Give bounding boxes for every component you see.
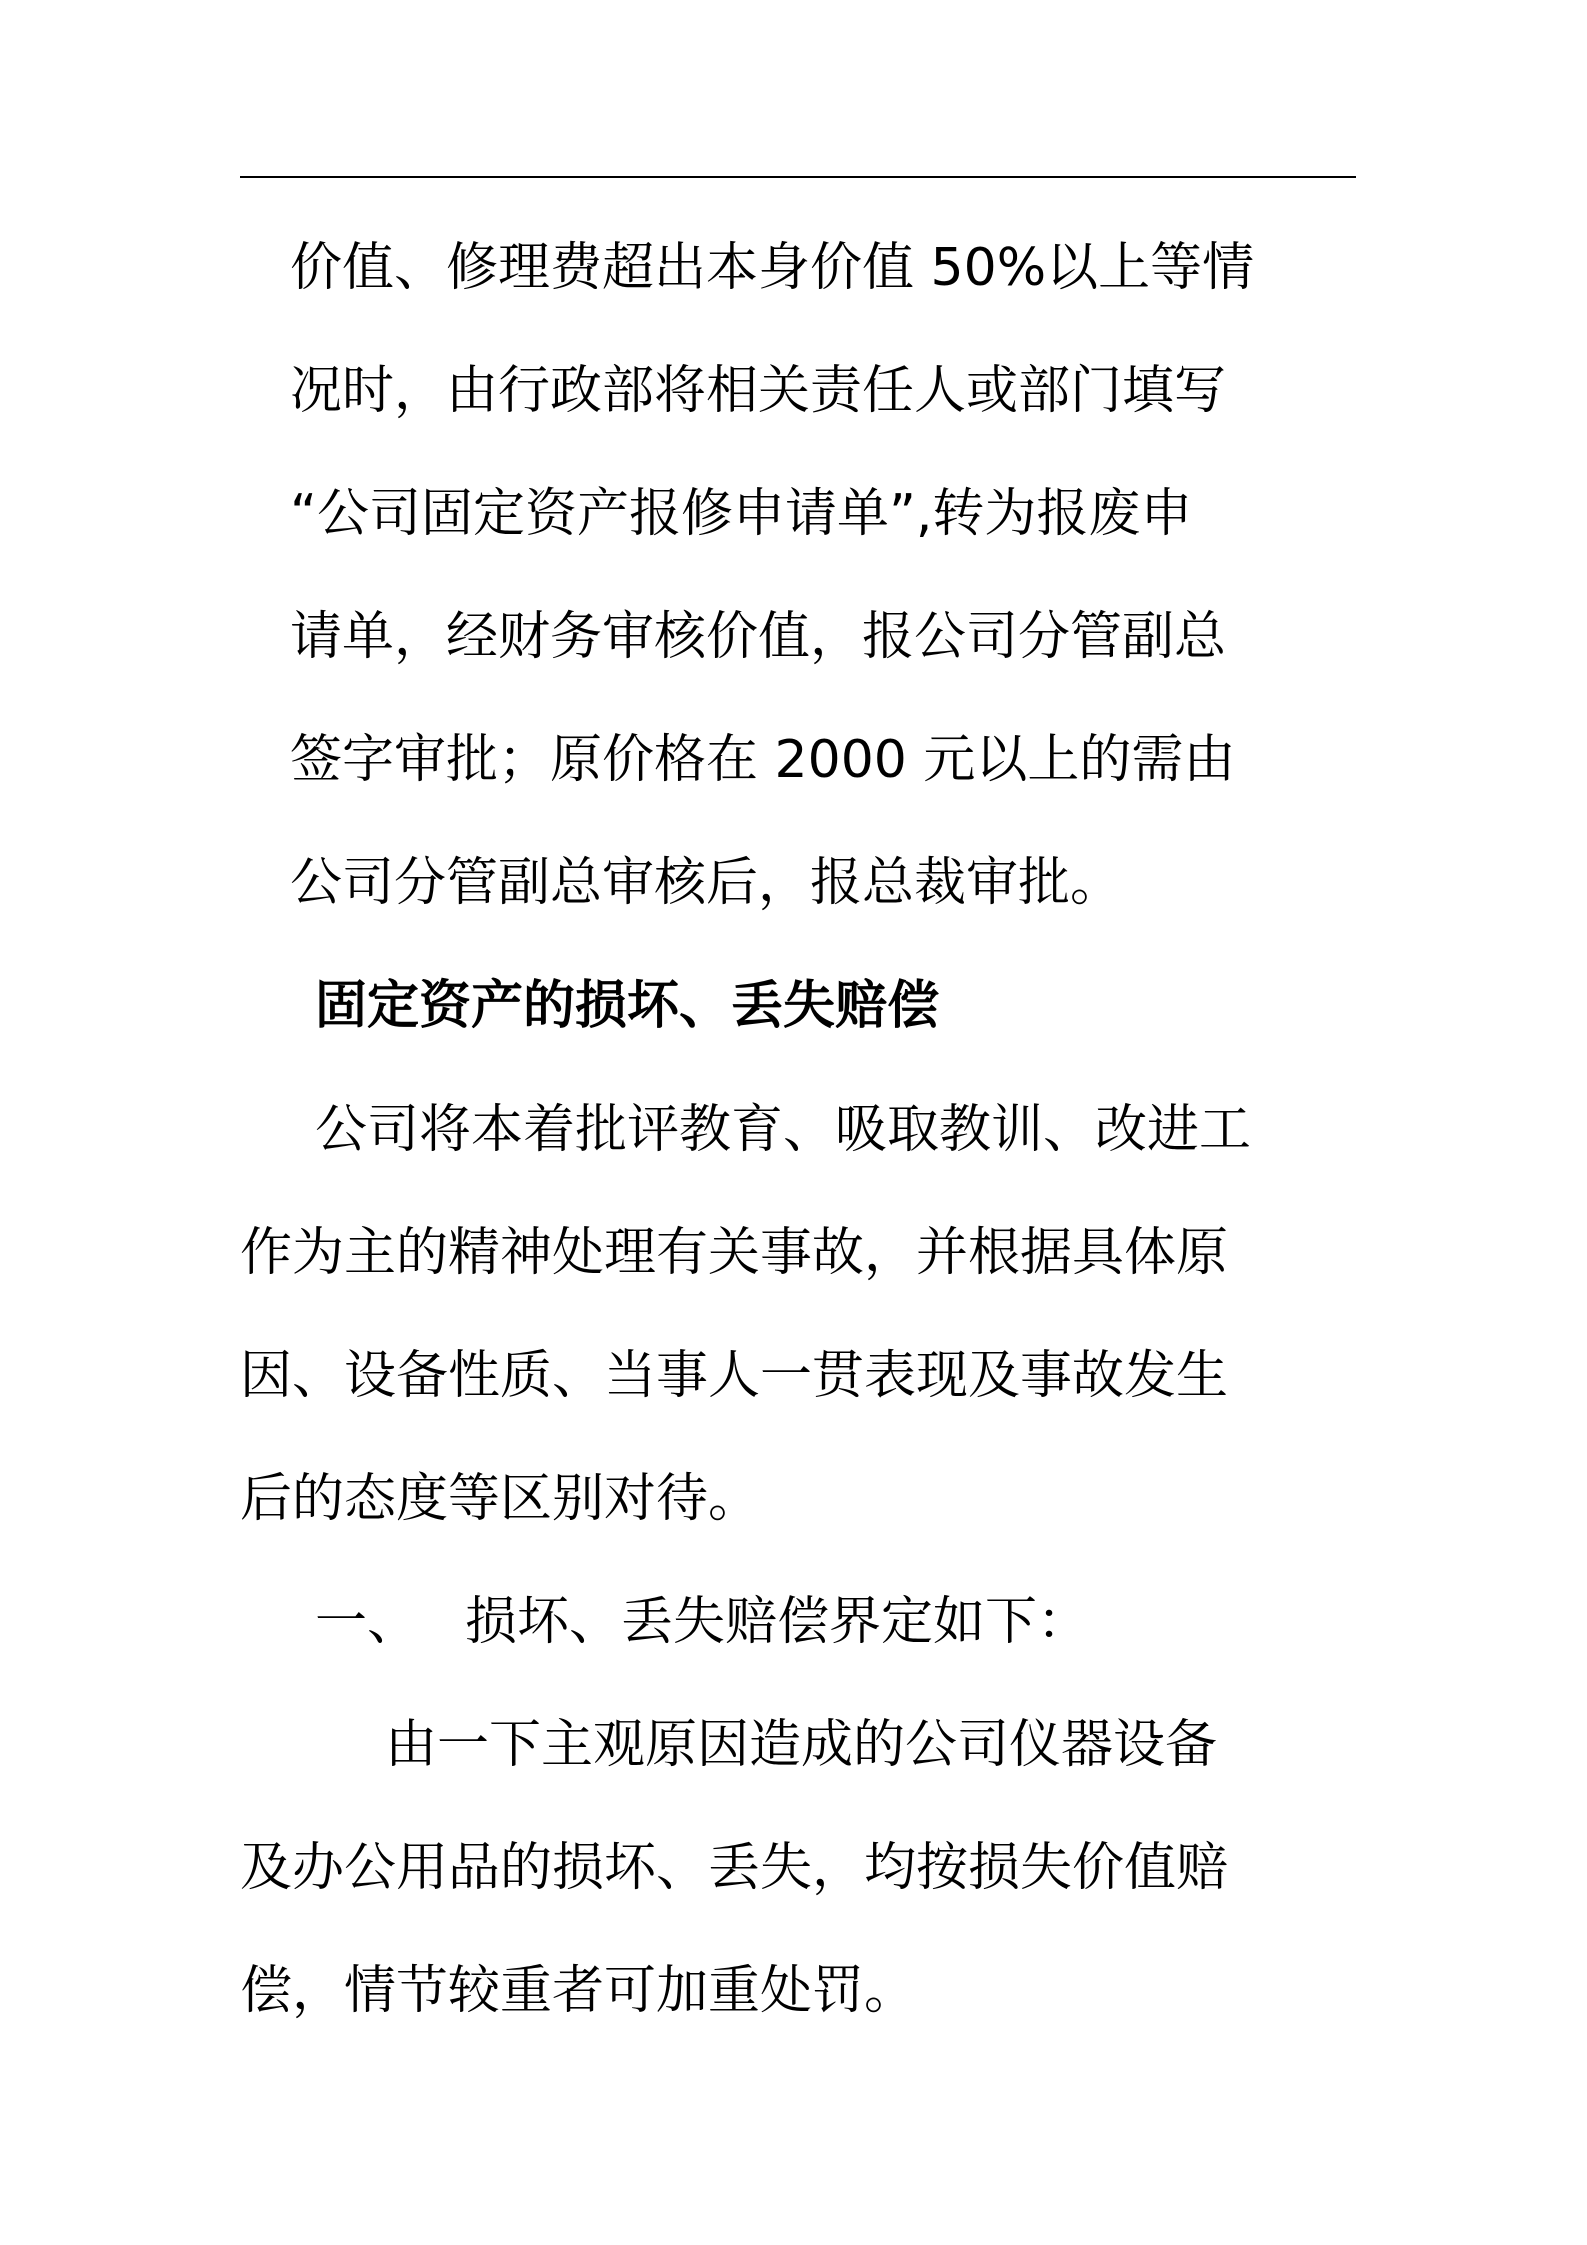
text-line: 价值、修理费超出本身价值 50%以上等情 bbox=[290, 236, 1254, 300]
text-line: 签字审批；原价格在 2000 元以上的需由 bbox=[290, 728, 1235, 792]
text-line: 因、设备性质、当事人一贯表现及事故发生 bbox=[240, 1344, 1228, 1408]
list-marker: 一、 bbox=[315, 1590, 419, 1654]
header-rule bbox=[240, 176, 1356, 178]
text-line: 况时，由行政部将相关责任人或部门填写 bbox=[290, 359, 1226, 423]
text-line: 作为主的精神处理有关事故，并根据具体原 bbox=[240, 1221, 1228, 1285]
section-heading: 固定资产的损坏、丢失赔偿 bbox=[315, 974, 939, 1038]
text-line: 偿，情节较重者可加重处罚。 bbox=[240, 1959, 916, 2023]
text-line: 及办公用品的损坏、丢失，均按损失价值赔 bbox=[240, 1836, 1228, 1900]
text-line: 请单，经财务审核价值，报公司分管副总 bbox=[290, 605, 1226, 669]
text-line: “公司固定资产报修申请单”,转为报废申 bbox=[290, 482, 1192, 546]
text-line: 后的态度等区别对待。 bbox=[240, 1467, 760, 1531]
text-line: 由一下主观原因造成的公司仪器设备 bbox=[385, 1713, 1217, 1777]
list-item-text: 损坏、丢失赔偿界定如下： bbox=[465, 1590, 1089, 1654]
text-line: 公司将本着批评教育、吸取教训、改进工 bbox=[315, 1098, 1251, 1162]
text-line: 公司分管副总审核后，报总裁审批。 bbox=[290, 851, 1122, 915]
